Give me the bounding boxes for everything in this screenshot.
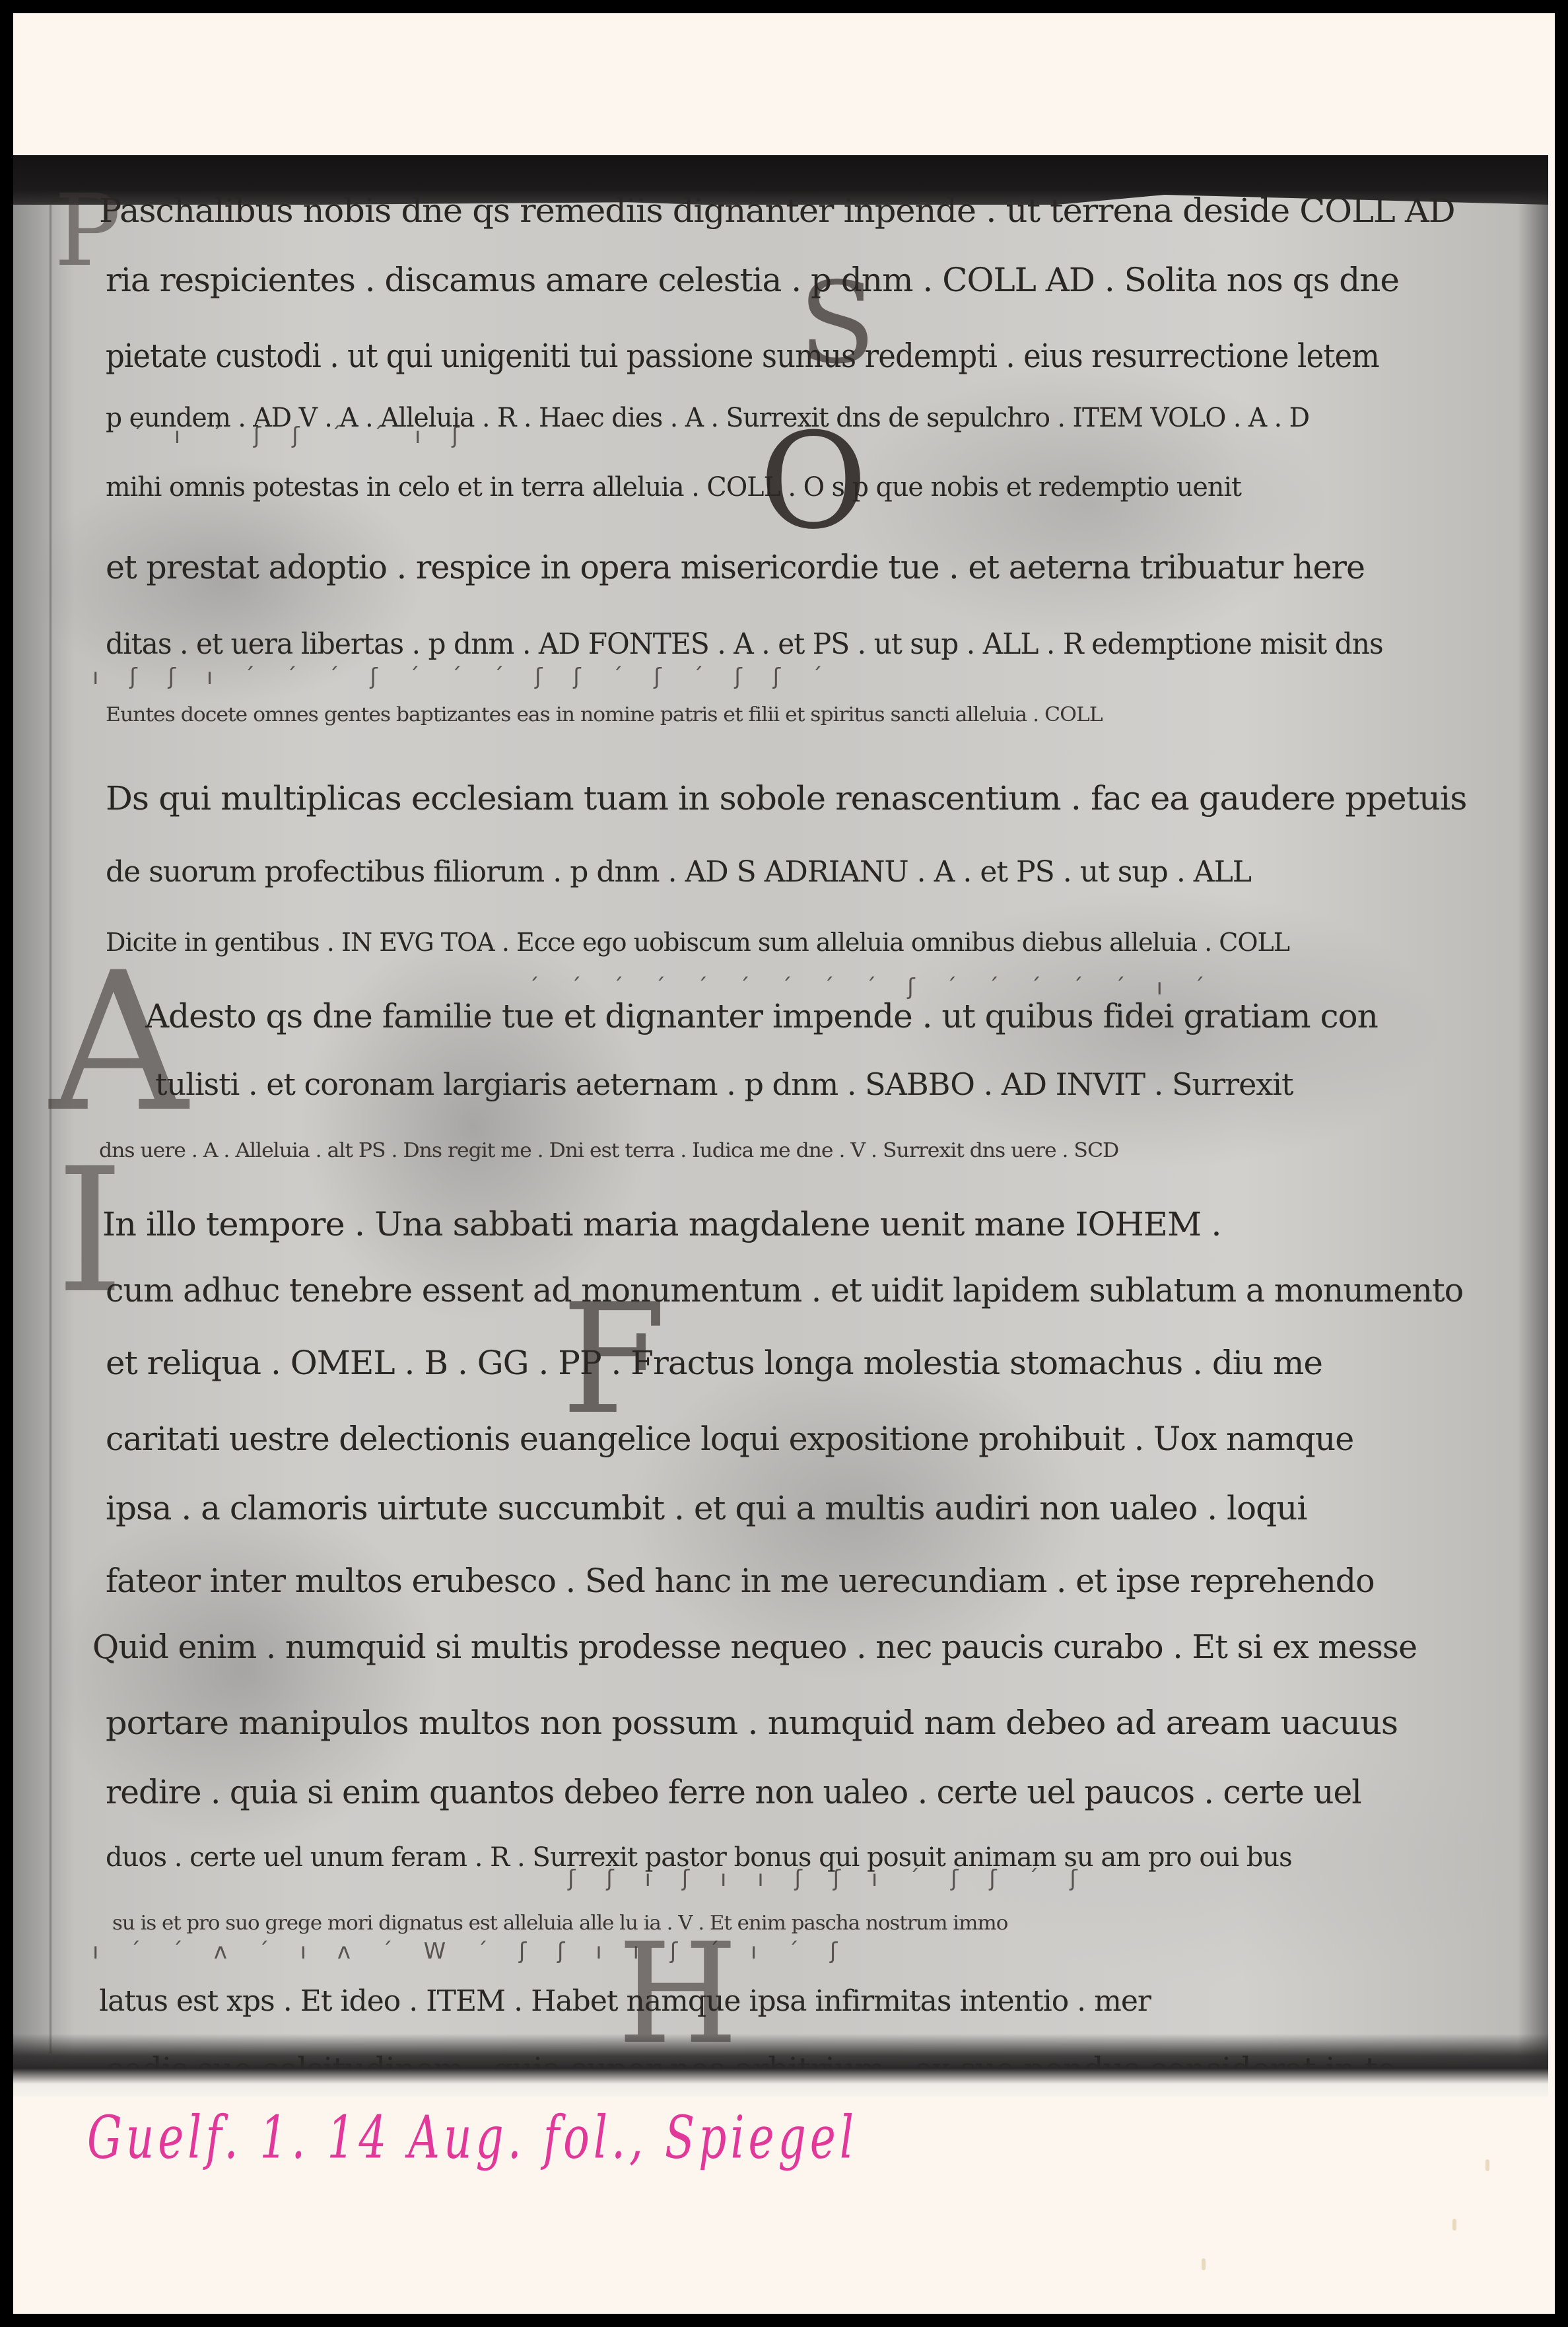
manuscript-line: caritati uestre delectionis euangelice l… [106,1420,1353,1458]
bottom-shadow-band [13,2034,1548,2097]
manuscript-line: ipsa . a clamoris uirtute succumbit . et… [106,1489,1307,1527]
manuscript-line: et reliqua . OMEL . B . GG . PP . Fractu… [106,1344,1322,1382]
manuscript-line: Adesto qs dne familie tue et dignanter i… [145,997,1378,1035]
manuscript-line: mihi omnis potestas in celo et in terra … [106,472,1241,503]
initial-a: A [50,948,187,1139]
manuscript-line: In illo tempore . Una sabbati maria magd… [102,1205,1221,1243]
manuscript-line: Paschalibus nobis dne qs remediis dignan… [99,191,1455,230]
manuscript-line: de suorum profectibus filiorum . p dnm .… [106,855,1251,889]
manuscript-photo: P S O A I F H ˊ ı ˊ ʃ ʃ ˊ ˊ ı ʃ ı ʃ ʃ ı … [13,155,1548,2097]
paper-speck [1485,2159,1489,2171]
neumes-row-5: ı ˊ ˊ ʌ ˊ ı ʌ ˊ W ˊ ʃ ʃ ı ı ʃ ˊ ı ˊ ʃ [92,1938,849,1964]
manuscript-line: fateor inter multos erubesco . Sed hanc … [106,1562,1375,1600]
manuscript-line: p eundem . AD V . A . Alleluia . R . Hae… [106,403,1309,433]
manuscript-line: dns uere . A . Alleluia . alt PS . Dns r… [99,1139,1118,1162]
manuscript-line: et prestat adoptio . respice in opera mi… [106,548,1365,586]
paper-speck [1452,2219,1456,2231]
manuscript-line: duos . certe uel unum feram . R . Surrex… [106,1842,1292,1873]
manuscript-line: Ds qui multiplicas ecclesiam tuam in sob… [106,779,1466,817]
handwritten-caption: Guelf. 1. 14 Aug. fol., Spiegel [87,2103,858,2172]
manuscript-line: Dicite in gentibus . IN EVG TOA . Ecce e… [106,928,1289,957]
manuscript-line: Quid enim . numquid si multis prodesse n… [92,1628,1417,1666]
paper-speck [1202,2258,1206,2270]
manuscript-line: ria respicientes . discamus amare celest… [106,261,1399,299]
manuscript-line: tulisti . et coronam largiaris aeternam … [155,1066,1293,1102]
manuscript-line: Euntes docete omnes gentes baptizantes e… [106,703,1103,726]
manuscript-line: su is et pro suo grege mori dignatus est… [112,1912,1007,1935]
manuscript-line: redire . quia si enim quantos debeo ferr… [106,1773,1361,1811]
photographic-print: P S O A I F H ˊ ı ˊ ʃ ʃ ˊ ˊ ı ʃ ı ʃ ʃ ı … [13,13,1555,2314]
manuscript-line: portare manipulos multos non possum . nu… [106,1704,1398,1742]
manuscript-line: cum adhuc tenebre essent ad monumentum .… [106,1271,1463,1309]
neumes-row-3: ˊ ˊ ˊ ˊ ˊ ˊ ˊ ˊ ˊ ʃ ˊ ˊ ˊ ˊ ˊ ı ˊ [528,974,1217,1000]
neumes-row-2: ı ʃ ʃ ı ˊ ˊ ˊ ʃ ˊ ˊ ˊ ʃ ʃ ˊ ʃ ˊ ʃ ʃ ˊ [92,664,835,690]
manuscript-line: pietate custodi . ut qui unigeniti tui p… [106,337,1379,375]
manuscript-line: latus est xps . Et ideo . ITEM . Habet n… [99,1984,1151,2018]
manuscript-line: ditas . et uera libertas . p dnm . AD FO… [106,627,1383,661]
